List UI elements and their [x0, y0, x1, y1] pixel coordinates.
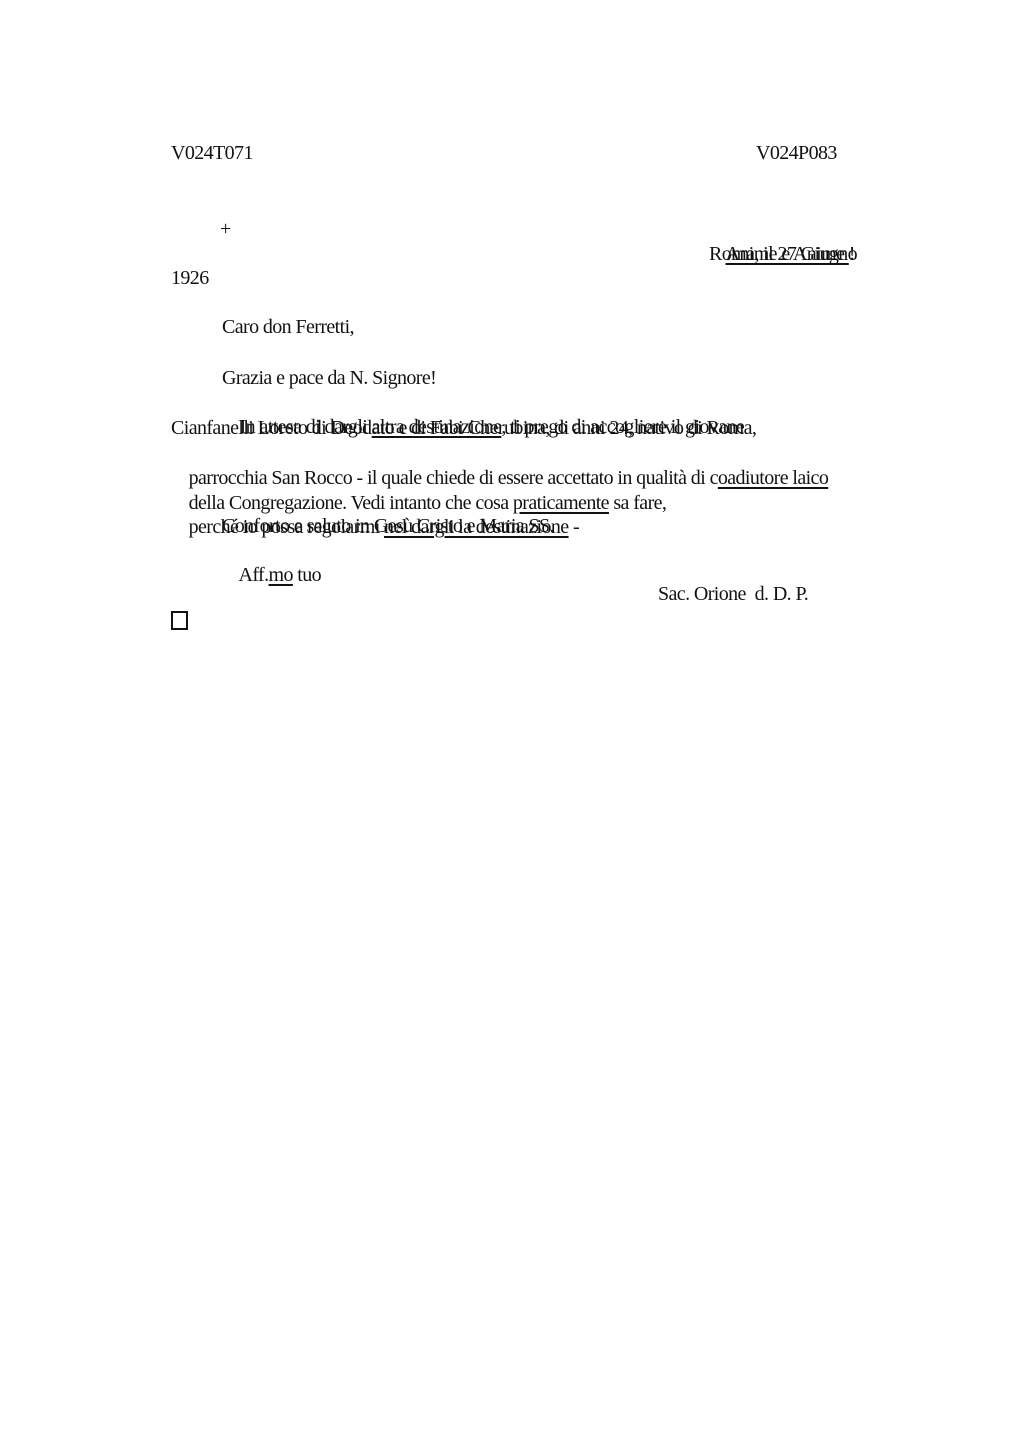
header-code-right: V024P083 — [756, 141, 837, 166]
signature: Sac. Orione d. D. P. — [658, 582, 808, 607]
body-line-4-c: sa fare, — [609, 492, 666, 514]
body-line-5-c: - — [569, 516, 579, 538]
valediction-line: Aff.mo tuo — [222, 538, 321, 613]
closing-line: Conforto e saluto in Gesù Cristo e Maria… — [222, 514, 554, 539]
header-code-left: V024T071 — [171, 141, 253, 166]
valediction-a: Aff. — [239, 564, 269, 586]
body-line-3-underlined: oadiutore laico — [718, 467, 828, 489]
salutation: Caro don Ferretti, — [222, 315, 354, 340]
body-line-2: Cianfanelli Loreto di Deodato e di Fabi … — [171, 416, 756, 441]
letter-page: V024T071 V024P083 + Anime e Anime ! Roma… — [0, 0, 1024, 1450]
dateline-year: 1926 — [171, 266, 209, 291]
valediction-underlined: mo — [269, 564, 293, 586]
greeting-line: Grazia e pace da N. Signore! — [222, 366, 436, 391]
dateline: Roma, il 27 Giugno — [709, 242, 857, 267]
valediction-c: tuo — [293, 564, 321, 586]
cross-mark: + — [220, 217, 231, 242]
empty-square-glyph — [171, 611, 188, 630]
